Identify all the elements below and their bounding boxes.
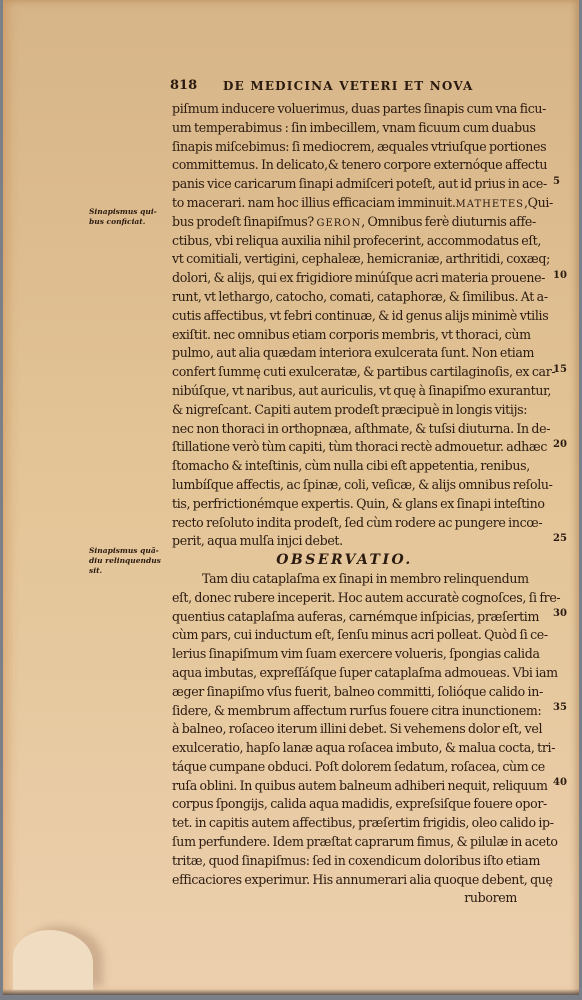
text-line: bus prodeſt ſinapiſmus? GERON, Omnibus f… [172,213,517,232]
text-line: committemus. In delicato,& tenero corpor… [172,156,517,175]
text-line: ruſa oblini. In quibus autem balneum adh… [172,777,517,796]
text-line: lumbíſque affectis, ac ſpinæ, coli, veſi… [172,476,517,495]
text-line: tis, perfrictionémque expertis. Quin, & … [172,495,517,514]
text-line: ſtomacho & inteſtinis, cùm nulla cibi eſ… [172,457,517,476]
margin-note: Sinapismus quã- diu relinquendus sit. [89,546,169,576]
book-page: 818 DE MEDICINA VETERI ET NOVA Sinapismu… [3,0,579,995]
text-line: confert ſummę cuti exulceratæ, & partibu… [172,363,517,382]
text-line: aqua imbutas, expreſſáſque ſuper catapla… [172,664,517,683]
line-number: 10 [553,270,567,281]
text-line: ſum perfundere. Idem præſtat caprarum fi… [172,833,517,852]
catchword: ruborem [172,889,517,908]
line-number: 30 [553,608,567,619]
line-number: 20 [553,439,567,450]
text-line: cutis affectibus, vt febri continuæ, & i… [172,307,517,326]
text-span: , Omnibus ferè diuturnis affe- [361,214,536,229]
text-line: æger ſinapiſmo vſus fuerit, balneo commi… [172,683,517,702]
text-line: & nigreſcant. Capiti autem prodeſt præci… [172,401,517,420]
text-line: um temperabimus : ſin imbecillem, vnam f… [172,119,517,138]
text-line: eſt, donec rubere inceperit. Hoc autem a… [172,589,517,608]
margin-note: Sinapismus qui- bus conficiat. [89,207,169,227]
text-line: exiſtit. nec omnibus etiam corporis memb… [172,326,517,345]
section-heading: OBSERVATIO. [172,551,517,570]
text-line: panis vice caricarum ſinapi admiſceri po… [172,175,517,194]
text-span: to macerari. nam hoc illius efficaciam i… [172,195,456,210]
text-span: ,Qui- [524,195,553,210]
page-number: 818 [170,78,197,93]
line-number: 15 [553,364,567,375]
thumb-shadow [13,930,93,990]
text-span: bus prodeſt ſinapiſmus? [172,214,316,229]
text-line: táque cumpane obduci. Poſt dolorem ſedat… [172,758,517,777]
text-line: recto reſoluto indita prodeſt, ſed cùm r… [172,514,517,533]
text-line: runt, vt lethargo, catocho, comati, cata… [172,288,517,307]
text-line: vt comitiali, vertigini, cephaleæ, hemic… [172,250,517,269]
speaker-mathetes: MATHETES [456,199,524,210]
body-text: piſmum inducere voluerimus, duas partes … [172,100,517,908]
text-line: cùm pars, cui inductum eſt, ſenſu minus … [172,626,517,645]
line-number: 25 [553,533,567,544]
text-line: tet. in capitis autem affectibus, præſer… [172,814,517,833]
text-line: nec non thoraci in orthopnæa, aſthmate, … [172,420,517,439]
page-header: 818 DE MEDICINA VETERI ET NOVA [163,78,563,98]
speaker-geron: GERON [316,218,361,229]
line-number: 5 [553,176,560,187]
text-line: ſidere, & membrum affectum rurſus fouere… [172,702,517,721]
line-number: 35 [553,702,567,713]
text-line: corpus ſpongijs, calida aqua madidis, ex… [172,795,517,814]
text-line: ſtillatione verò tùm capiti, tùm thoraci… [172,438,517,457]
text-line: lerius ſinapiſmum vim ſuam exercere volu… [172,645,517,664]
text-line: to macerari. nam hoc illius efficaciam i… [172,194,517,213]
text-line: nibúſque, vt naribus, aut auriculis, vt … [172,382,517,401]
text-line: exulceratio, hapſo lanæ aqua roſacea imb… [172,739,517,758]
text-line: Tam diu cataplaſma ex ſinapi in membro r… [172,570,517,589]
text-line: ctibus, vbi reliqua auxilia nihil profec… [172,232,517,251]
text-line: à balneo, roſaceo iterum illini debet. S… [172,720,517,739]
text-line: piſmum inducere voluerimus, duas partes … [172,100,517,119]
text-line: dolori, & alijs, qui ex frigidiore minúſ… [172,269,517,288]
text-line: perit, aqua mulſa injci debet. [172,532,517,551]
text-line: quentius cataplaſma auferas, carnémque i… [172,608,517,627]
running-title: DE MEDICINA VETERI ET NOVA [223,79,473,93]
text-line: efficaciores experimur. His annumerari a… [172,871,517,890]
line-number: 40 [553,777,567,788]
text-line: tritæ, quod ſinapiſmus: ſed in coxendicu… [172,852,517,871]
text-line: pulmo, aut alia quædam interiora exulcer… [172,344,517,363]
text-line: ſinapis miſcebimus: ſi mediocrem, æquale… [172,138,517,157]
